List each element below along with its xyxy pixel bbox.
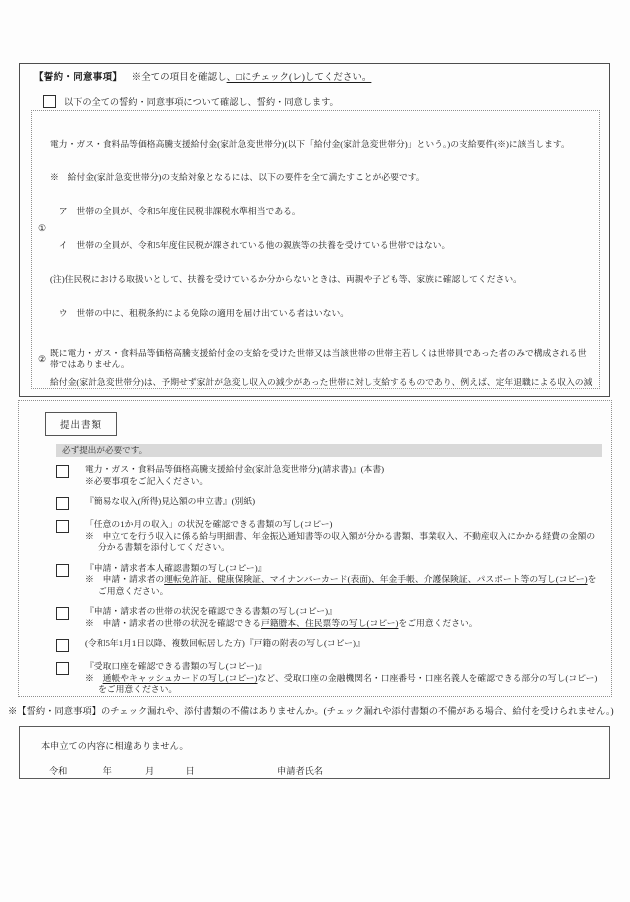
pledge-heading: 【誓約・同意事項】: [34, 73, 122, 83]
doc-text-income-statement: 『簡易な収入(所得)見込額の申立書』(別紙): [85, 496, 599, 510]
declaration-text: 本申立ての内容に相違ありません。: [41, 738, 609, 752]
doc-item-household: 『申請・請求者の世帯の状況を確認できる書類の写し(コピー)』 ※ 申請・請求者の…: [56, 606, 599, 629]
documents-title-label: 提出書類: [60, 421, 102, 431]
agree-all-checkbox[interactable]: [43, 95, 56, 108]
pledge-heading-note-prefix: ※全ての項目を確認し: [132, 73, 227, 83]
pledge-item-1-line-2: ※ 給付金(家計急変世帯分)の支給対象となるには、以下の要件を全て満たすことが必…: [50, 172, 595, 183]
pledge-item-1-line-1: 電力・ガス・食料品等価格高騰支援給付金(家計急変世帯分)(以下「給付金(家計急変…: [50, 139, 595, 150]
pledge-heading-note: ※全ての項目を確認し、□にチェック(レ)してください。: [132, 73, 372, 83]
item-number-1: ①: [34, 223, 50, 234]
doc-checkbox-household[interactable]: [56, 607, 69, 620]
doc-note-bank-account-underlined: 通帳やキャッシュカードの写し(コピー): [103, 673, 258, 683]
pledge-item-2: ② 既に電力・ガス・食料品等価格高騰支援給付金の支給を受けた世帯又は当該世帯の世…: [34, 348, 595, 371]
doc-text-request-form: 電力・ガス・食料品等価格高騰支援給付金(家計急変世帯分)(請求書)』(本書) ※…: [85, 464, 599, 487]
doc-note-monthly-income: ※ 申立てを行う収入に係る給与明細書、年金振込通知書等の収入額が分かる書類、事業…: [85, 531, 599, 554]
doc-note-bank-account-prefix: ※: [85, 673, 103, 683]
era-label: 令和: [49, 763, 67, 777]
pledge-item-1-line-5: (注)住民税における取扱いとして、扶養を受けているか分からないときは、両親や子ど…: [50, 274, 595, 285]
pledge-item-3-text: 給付金(家計急変世帯分)は、予期せず家計が急変し収入の減少があった世帯に対し支給…: [50, 377, 595, 389]
pledge-item-1-line-4: イ 世帯の全員が、令和5年度住民税が課されている他の親族等の扶養を受けている世帯…: [50, 240, 595, 251]
pledge-item-1-text: 電力・ガス・食料品等価格高騰支援給付金(家計急変世帯分)(以下「給付金(家計急変…: [50, 116, 595, 342]
doc-label-income-statement: 『簡易な収入(所得)見込額の申立書』(別紙): [85, 496, 599, 508]
doc-text-identity: 『申請・請求者本人確認書類の写し(コピー)』 ※ 申請・請求者の運転免許証、健康…: [85, 563, 599, 598]
required-bar: 必ず提出が必要です。: [56, 444, 602, 457]
pledge-item-1-line-6: ウ 世帯の中に、租税条約による免除の適用を届け出ている者はいない。: [50, 308, 595, 319]
doc-item-monthly-income: 「任意の1か月の収入」の状況を確認できる書類の写し(コピー) ※ 申立てを行う収…: [56, 519, 599, 554]
doc-note-identity: ※ 申請・請求者の運転免許証、健康保険証、マイナンバーカード(表面)、年金手帳、…: [85, 574, 599, 597]
pledge-items-box: ① 電力・ガス・食料品等価格高騰支援給付金(家計急変世帯分)(以下「給付金(家計…: [31, 110, 600, 389]
year-label: 年: [103, 763, 112, 777]
pledge-section: 【誓約・同意事項】 ※全ての項目を確認し、□にチェック(レ)してください。 以下…: [19, 63, 610, 397]
doc-label-identity: 『申請・請求者本人確認書類の写し(コピー)』: [85, 563, 599, 575]
doc-checkbox-koseki-fuhyo[interactable]: [56, 639, 69, 652]
doc-note-household-underlined: 戸籍謄本、住民票等の写し(コピー): [261, 618, 398, 628]
doc-checkbox-monthly-income[interactable]: [56, 520, 69, 533]
doc-label-request-form: 電力・ガス・食料品等価格高騰支援給付金(家計急変世帯分)(請求書)』(本書): [85, 464, 599, 476]
pledge-item-3: ③ 給付金(家計急変世帯分)は、予期せず家計が急変し収入の減少があった世帯に対し…: [34, 377, 595, 389]
date-signature-row: 令和 年 月 日 申請者氏名: [20, 763, 609, 777]
doc-item-identity: 『申請・請求者本人確認書類の写し(コピー)』 ※ 申請・請求者の運転免許証、健康…: [56, 563, 599, 598]
doc-item-koseki-fuhyo: (令和5年1月1日以降、複数回転居した方)『戸籍の附表の写し(コピー)』: [56, 638, 599, 652]
applicant-name-label: 申請者氏名: [277, 763, 323, 777]
declaration-section: 本申立ての内容に相違ありません。 令和 年 月 日 申請者氏名: [19, 726, 610, 779]
doc-label-household: 『申請・請求者の世帯の状況を確認できる書類の写し(コピー)』: [85, 606, 599, 618]
pledge-item-2-text: 既に電力・ガス・食料品等価格高騰支援給付金の支給を受けた世帯又は当該世帯の世帯主…: [50, 348, 595, 371]
doc-text-household: 『申請・請求者の世帯の状況を確認できる書類の写し(コピー)』 ※ 申請・請求者の…: [85, 606, 599, 629]
doc-item-income-statement: 『簡易な収入(所得)見込額の申立書』(別紙): [56, 496, 599, 510]
doc-item-bank-account: 『受取口座を確認できる書類の写し(コピー)』 ※ 通帳やキャッシュカードの写し(…: [56, 661, 599, 696]
day-label: 日: [186, 763, 195, 777]
form-page: 【誓約・同意事項】 ※全ての項目を確認し、□にチェック(レ)してください。 以下…: [0, 0, 630, 902]
agree-all-label: 以下の全ての誓約・同意事項について確認し、誓約・同意します。: [64, 94, 339, 108]
pledge-heading-note-underlined: 、□にチェック(レ)してください。: [227, 73, 372, 83]
doc-checkbox-bank-account[interactable]: [56, 662, 69, 675]
agree-row: 以下の全ての誓約・同意事項について確認し、誓約・同意します。: [43, 94, 599, 108]
doc-label-bank-account: 『受取口座を確認できる書類の写し(コピー)』: [85, 661, 599, 673]
doc-text-koseki-fuhyo: (令和5年1月1日以降、複数回転居した方)『戸籍の附表の写し(コピー)』: [85, 638, 599, 652]
doc-note-identity-prefix: ※ 申請・請求者の: [85, 574, 164, 584]
pledge-item-1: ① 電力・ガス・食料品等価格高騰支援給付金(家計急変世帯分)(以下「給付金(家計…: [34, 116, 595, 342]
documents-list: 電力・ガス・食料品等価格高騰支援給付金(家計急変世帯分)(請求書)』(本書) ※…: [56, 464, 599, 696]
doc-note-request-form: ※必要事項をご記入ください。: [85, 476, 599, 488]
doc-note-household: ※ 申請・請求者の世帯の状況を確認できる戸籍謄本、住民票等の写し(コピー)をご用…: [85, 618, 599, 630]
doc-note-household-suffix: をご用意ください。: [398, 618, 477, 628]
documents-title-box: 提出書類: [45, 412, 117, 436]
check-warning-note: ※【誓約・同意事項】のチェック漏れや、添付書類の不備はありませんか。(チェック漏…: [8, 706, 620, 719]
doc-note-household-prefix: ※ 申請・請求者の世帯の状況を確認できる: [85, 618, 261, 628]
doc-checkbox-identity[interactable]: [56, 564, 69, 577]
month-label: 月: [145, 763, 154, 777]
doc-label-monthly-income: 「任意の1か月の収入」の状況を確認できる書類の写し(コピー): [85, 519, 599, 531]
doc-label-koseki-fuhyo: (令和5年1月1日以降、複数回転居した方)『戸籍の附表の写し(コピー)』: [85, 638, 599, 650]
pledge-header: 【誓約・同意事項】 ※全ての項目を確認し、□にチェック(レ)してください。: [34, 72, 599, 85]
documents-section: 提出書類 必ず提出が必要です。 電力・ガス・食料品等価格高騰支援給付金(家計急変…: [18, 400, 612, 697]
doc-note-identity-underlined: 運転免許証、健康保険証、マイナンバーカード(表面)、年金手帳、介護保険証、パスポ…: [164, 574, 587, 584]
doc-note-bank-account: ※ 通帳やキャッシュカードの写し(コピー)など、受取口座の金融機関名・口座番号・…: [85, 673, 599, 696]
pledge-item-1-line-3: ア 世帯の全員が、令和5年度住民税非課税水準相当である。: [50, 206, 595, 217]
item-number-2: ②: [34, 354, 50, 365]
doc-text-monthly-income: 「任意の1か月の収入」の状況を確認できる書類の写し(コピー) ※ 申立てを行う収…: [85, 519, 599, 554]
doc-text-bank-account: 『受取口座を確認できる書類の写し(コピー)』 ※ 通帳やキャッシュカードの写し(…: [85, 661, 599, 696]
doc-checkbox-income-statement[interactable]: [56, 497, 69, 510]
doc-item-request-form: 電力・ガス・食料品等価格高騰支援給付金(家計急変世帯分)(請求書)』(本書) ※…: [56, 464, 599, 487]
doc-checkbox-request-form[interactable]: [56, 465, 69, 478]
